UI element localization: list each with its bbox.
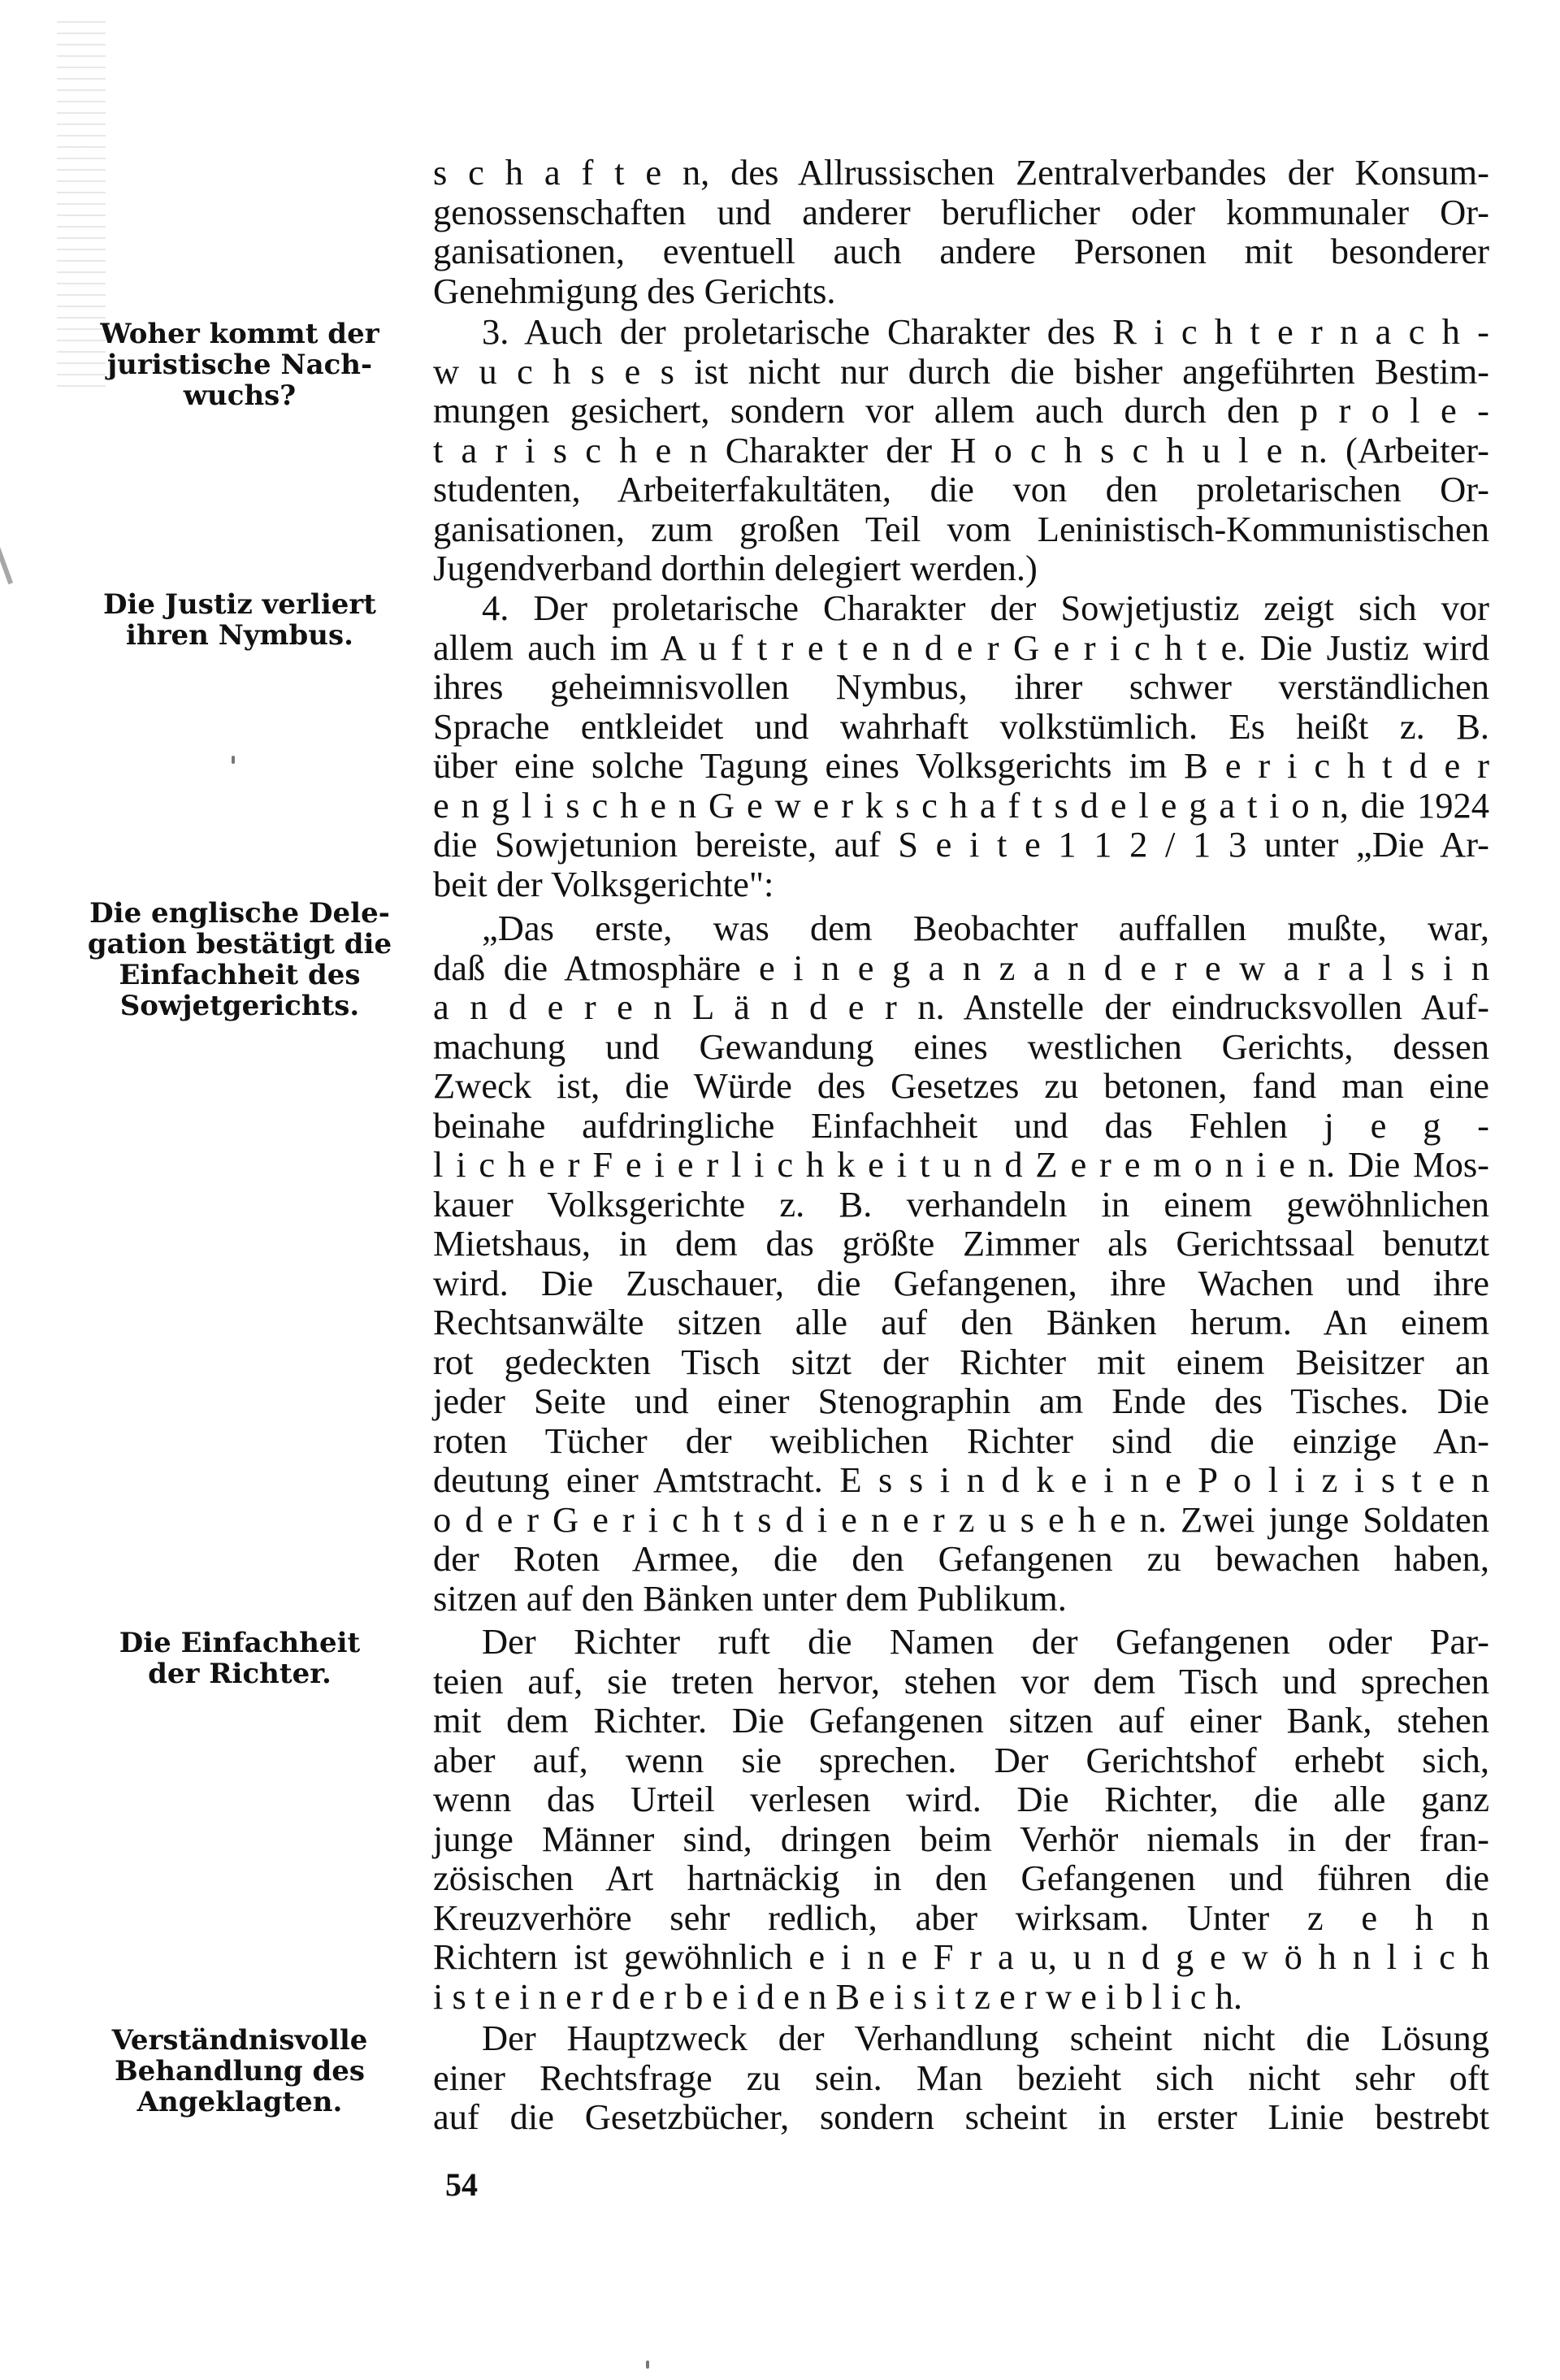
paragraph-point-3: 3. Auch der proletarische Charakter des … xyxy=(433,312,1489,588)
paragraph-point-4: 4. Der proletarische Charakter der Sowje… xyxy=(433,588,1489,904)
margin-note-juristische-nachwuchs: Woher kommt der juristische Nach- wuchs? xyxy=(81,319,398,411)
page-number: 54 xyxy=(445,2165,478,2204)
scan-speck xyxy=(646,2360,649,2369)
scan-artifact xyxy=(0,537,13,584)
paragraph-continuation: s c h a f t e n, des Allrussischen Zentr… xyxy=(433,153,1489,310)
margin-note-englische-delegation: Die englische Dele- gation bestätigt die… xyxy=(81,898,398,1021)
paragraph-richter: Der Richter ruft die Namen der Gefangene… xyxy=(433,1622,1489,2016)
paragraph-hauptzweck: Der Hauptzweck der Verhandlung scheint n… xyxy=(433,2018,1489,2137)
margin-note-justiz-nymbus: Die Justiz verliert ihren Nymbus. xyxy=(81,589,398,651)
margin-note-verstaendnisvolle-behandlung: Verständnisvolle Behandlung des Angeklag… xyxy=(81,2025,398,2118)
book-page: Woher kommt der juristische Nach- wuchs?… xyxy=(0,0,1560,2380)
quotation-paragraph: „Das erste, was dem Beobachter auffallen… xyxy=(433,908,1489,1618)
margin-note-einfachheit-richter: Die Einfachheit der Richter. xyxy=(81,1628,398,1689)
scan-speck xyxy=(232,756,235,764)
